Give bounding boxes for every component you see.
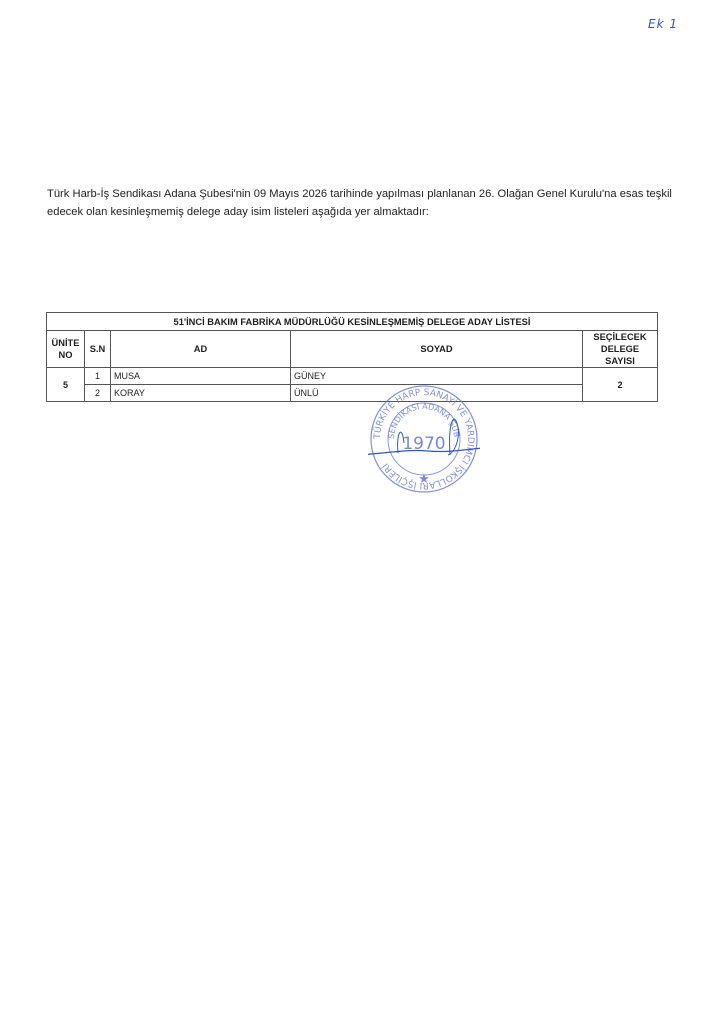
soyad-cell: GÜNEY <box>291 368 583 385</box>
sn-cell: 1 <box>85 368 111 385</box>
delegate-candidate-table: 51'İNCİ BAKIM FABRİKA MÜDÜRLÜĞÜ KESİNLEŞ… <box>46 312 658 402</box>
header-secilecek-delege-sayisi: SEÇİLECEKDELEGE SAYISI <box>583 331 658 368</box>
star-icon: ★ <box>418 471 430 486</box>
table-title: 51'İNCİ BAKIM FABRİKA MÜDÜRLÜĞÜ KESİNLEŞ… <box>47 313 658 331</box>
unite-no-cell: 5 <box>47 368 85 402</box>
intro-paragraph: Türk Harb-İş Sendikası Adana Şubesi'nin … <box>47 185 687 221</box>
handwritten-annotation: Ek 1 <box>648 17 678 31</box>
ad-cell: MUSA <box>111 368 291 385</box>
header-soyad: SOYAD <box>291 331 583 368</box>
secilecek-cell: 2 <box>583 368 658 402</box>
sn-cell: 2 <box>85 385 111 402</box>
header-sn: S.N <box>85 331 111 368</box>
header-ad: AD <box>111 331 291 368</box>
ad-cell: KORAY <box>111 385 291 402</box>
table-row: 2 KORAY ÜNLÜ <box>47 385 658 402</box>
table-row: 5 1 MUSA GÜNEY 2 <box>47 368 658 385</box>
union-seal-stamp: TÜRKİYE HARP SANAYİ VE YARDIMCI İŞKOLLAR… <box>368 383 480 495</box>
header-unite-no: ÜNİTENO <box>47 331 85 368</box>
